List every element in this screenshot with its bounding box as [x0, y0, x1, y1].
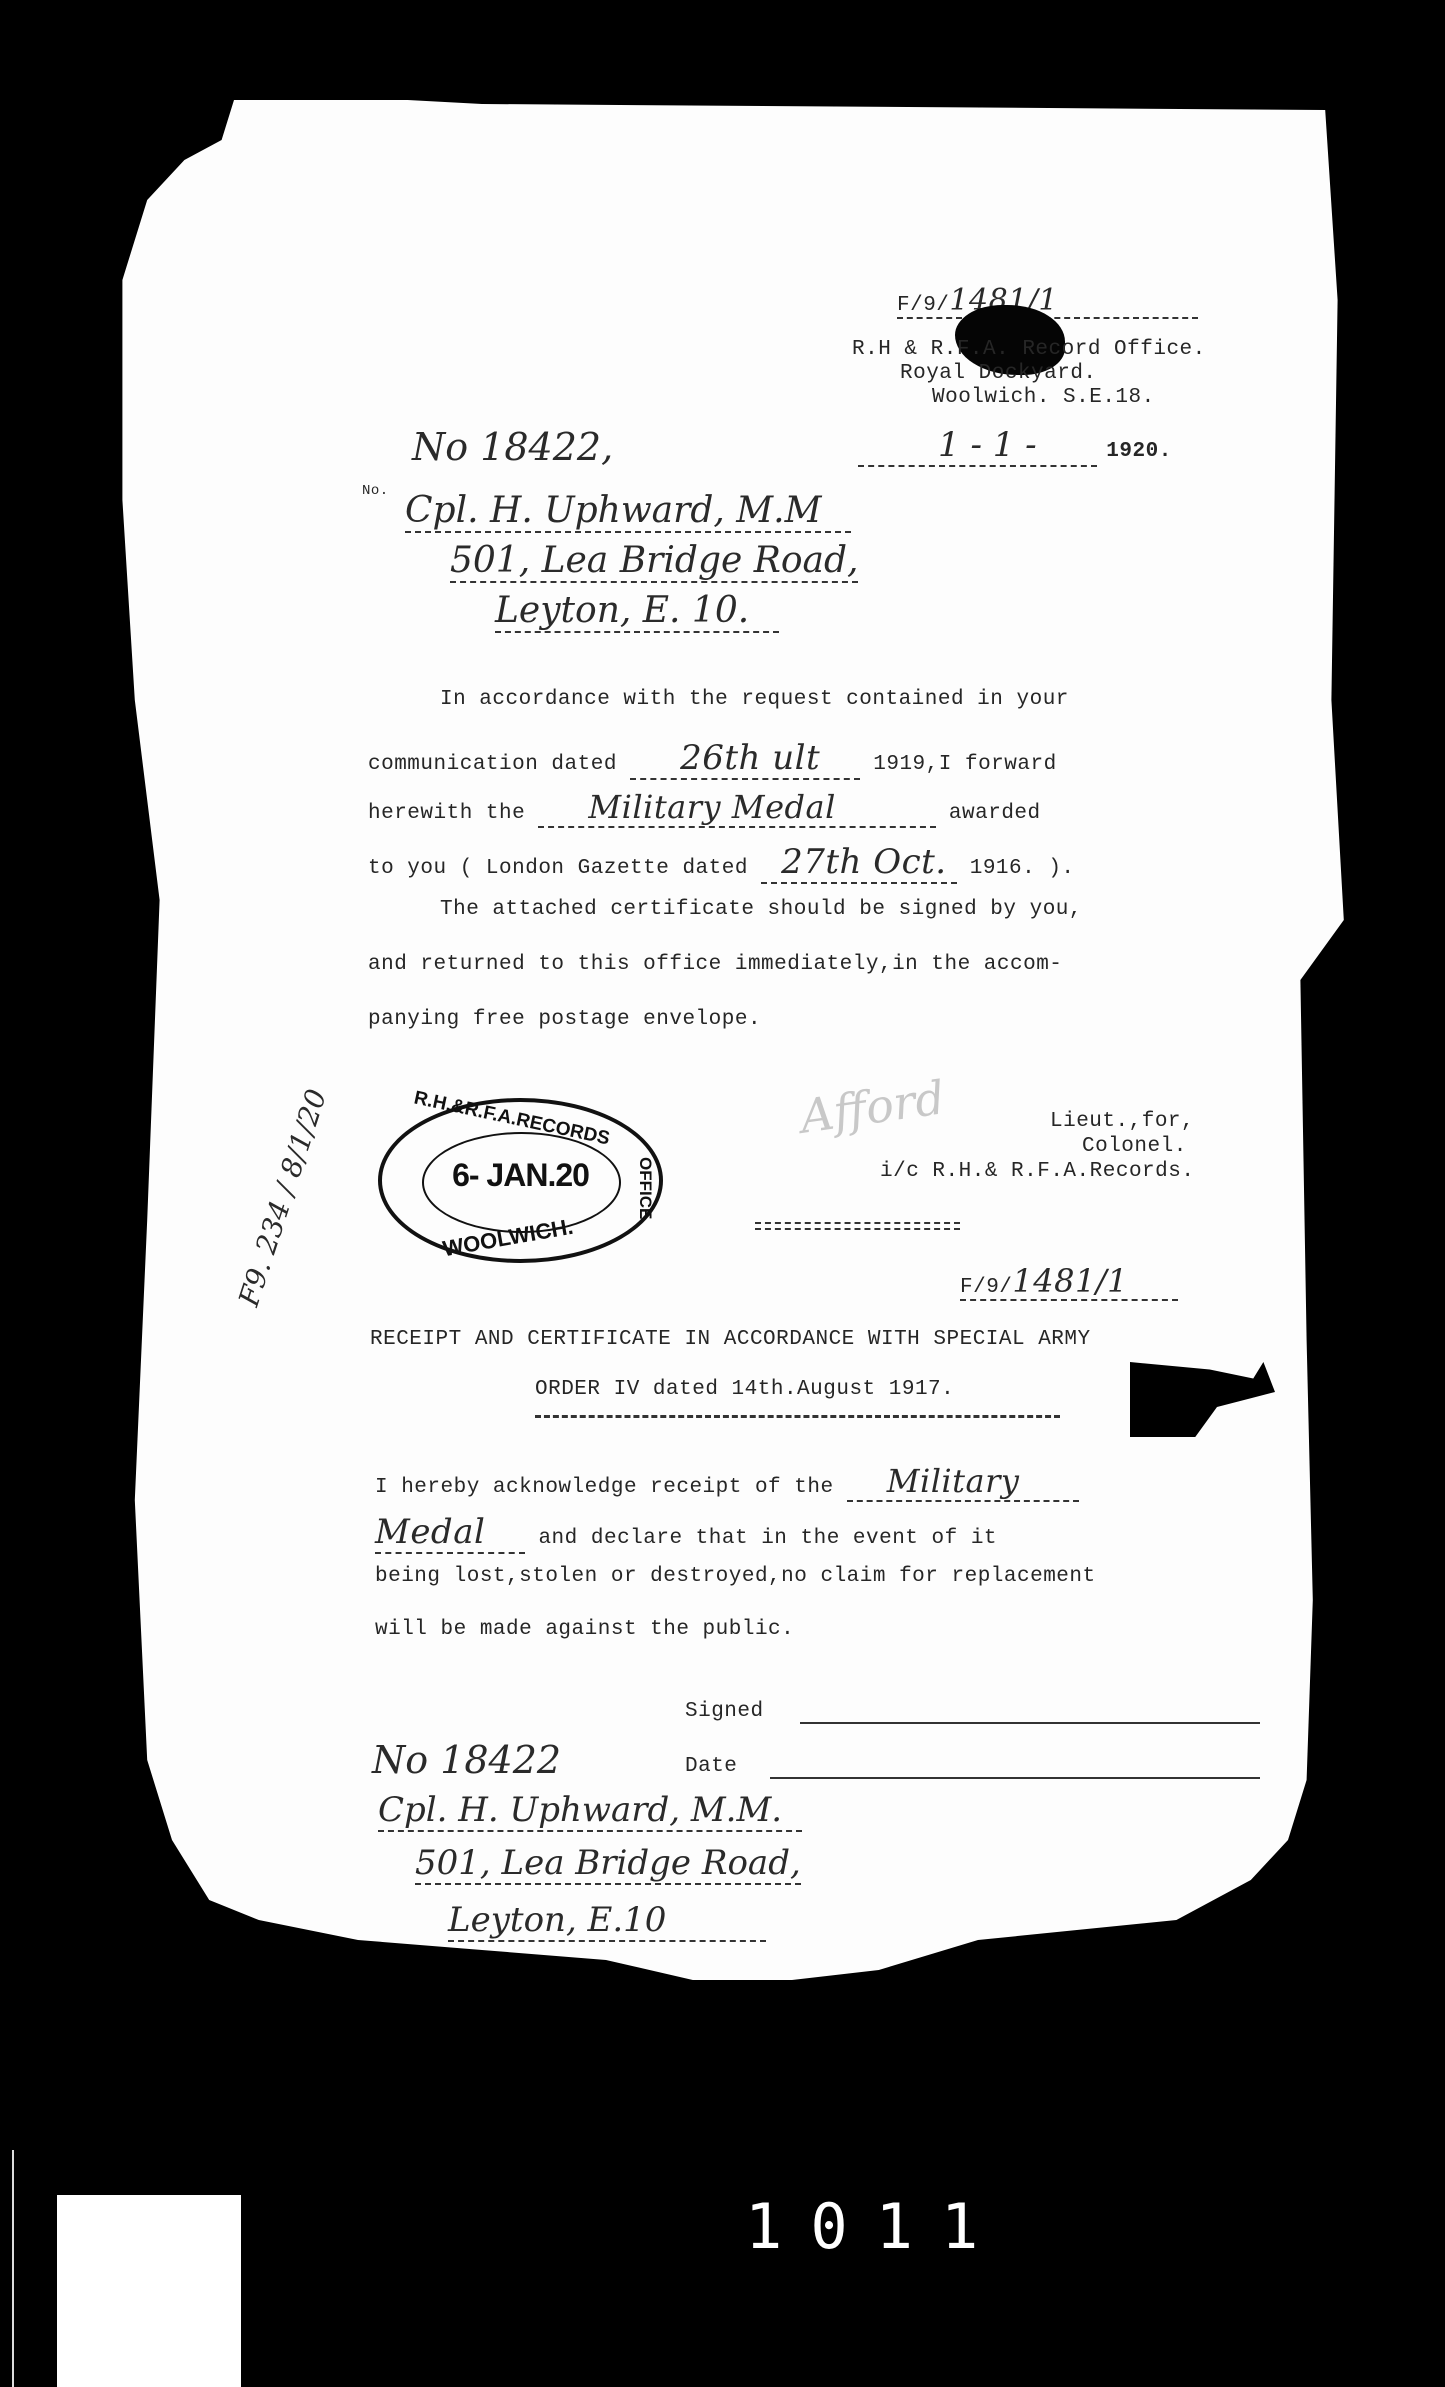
sign-title: Colonel. — [1082, 1135, 1187, 1158]
para1-line3: herewith the Military Medal awarded — [368, 788, 1041, 826]
cert-body-line3: being lost,stolen or destroyed,no claim … — [375, 1565, 1096, 1588]
cert-recipient-street: 501, Lea Bridge Road, — [415, 1843, 801, 1885]
recipient-town: Leyton, E. 10. — [495, 590, 779, 633]
recipient-name: Cpl. H. Uphward, M.M — [405, 490, 851, 533]
cert-recipient-town: Leyton, E.10 — [448, 1900, 766, 1942]
office-line-2: Royal Dockyard. — [900, 362, 1097, 385]
para2-line3: panying free postage envelope. — [368, 1008, 761, 1031]
sign-rank: Lieut.,for, — [1050, 1110, 1194, 1133]
signed-label: Signed — [685, 1700, 764, 1723]
certificate-heading-line2: ORDER IV dated 14th.August 1917. — [535, 1378, 954, 1401]
heading-underline — [535, 1415, 1060, 1418]
para1-line2: communication dated 26th ult 1919,I forw… — [368, 738, 1057, 778]
film-edge — [12, 2150, 14, 2387]
stamp-date: 6- JAN.20 — [382, 1157, 659, 1194]
no-label: No. — [362, 483, 389, 499]
cert-recipient-name: Cpl. H. Uphward, M.M. — [378, 1790, 802, 1832]
para2-line2: and returned to this office immediately,… — [368, 953, 1062, 976]
para1-line1: In accordance with the request contained… — [440, 688, 1069, 711]
cert-body-line1: I hereby acknowledge receipt of the Mili… — [375, 1462, 1079, 1500]
certificate-heading-line1: RECEIPT AND CERTIFICATE IN ACCORDANCE WI… — [370, 1328, 1091, 1351]
office-line-1: R.H & R.F.A. Record Office. — [852, 338, 1206, 361]
para1-line4: to you ( London Gazette dated 27th Oct. … — [368, 842, 1075, 882]
cert-body-line2: Medal and declare that in the event of i… — [375, 1512, 997, 1552]
recipient-number: No 18422, — [412, 425, 613, 469]
cert-recipient-number: No 18422 — [372, 1738, 561, 1782]
recipient-street: 501, Lea Bridge Road, — [450, 540, 858, 583]
certificate-reference: F/9/1481/1 — [960, 1262, 1178, 1300]
frame-number: 1011 — [745, 2190, 1006, 2263]
date-label: Date — [685, 1755, 737, 1778]
signed-field[interactable] — [800, 1722, 1260, 1724]
section-divider — [755, 1222, 960, 1230]
film-target-card — [57, 2195, 241, 2387]
para2-line1: The attached certificate should be signe… — [440, 898, 1082, 921]
records-office-stamp: R.H.&R.F.A.RECORDS OFFICE 6- JAN.20 WOOL… — [378, 1098, 663, 1263]
letter-date: 1 - 1 - 1920. — [858, 425, 1258, 465]
office-line-3: Woolwich. S.E.18. — [932, 386, 1155, 409]
letter-reference: F/9/1481/1 — [897, 283, 1198, 318]
date-field[interactable] — [770, 1777, 1260, 1779]
cert-body-line4: will be made against the public. — [375, 1618, 794, 1641]
sign-office: i/c R.H.& R.F.A.Records. — [880, 1160, 1194, 1183]
